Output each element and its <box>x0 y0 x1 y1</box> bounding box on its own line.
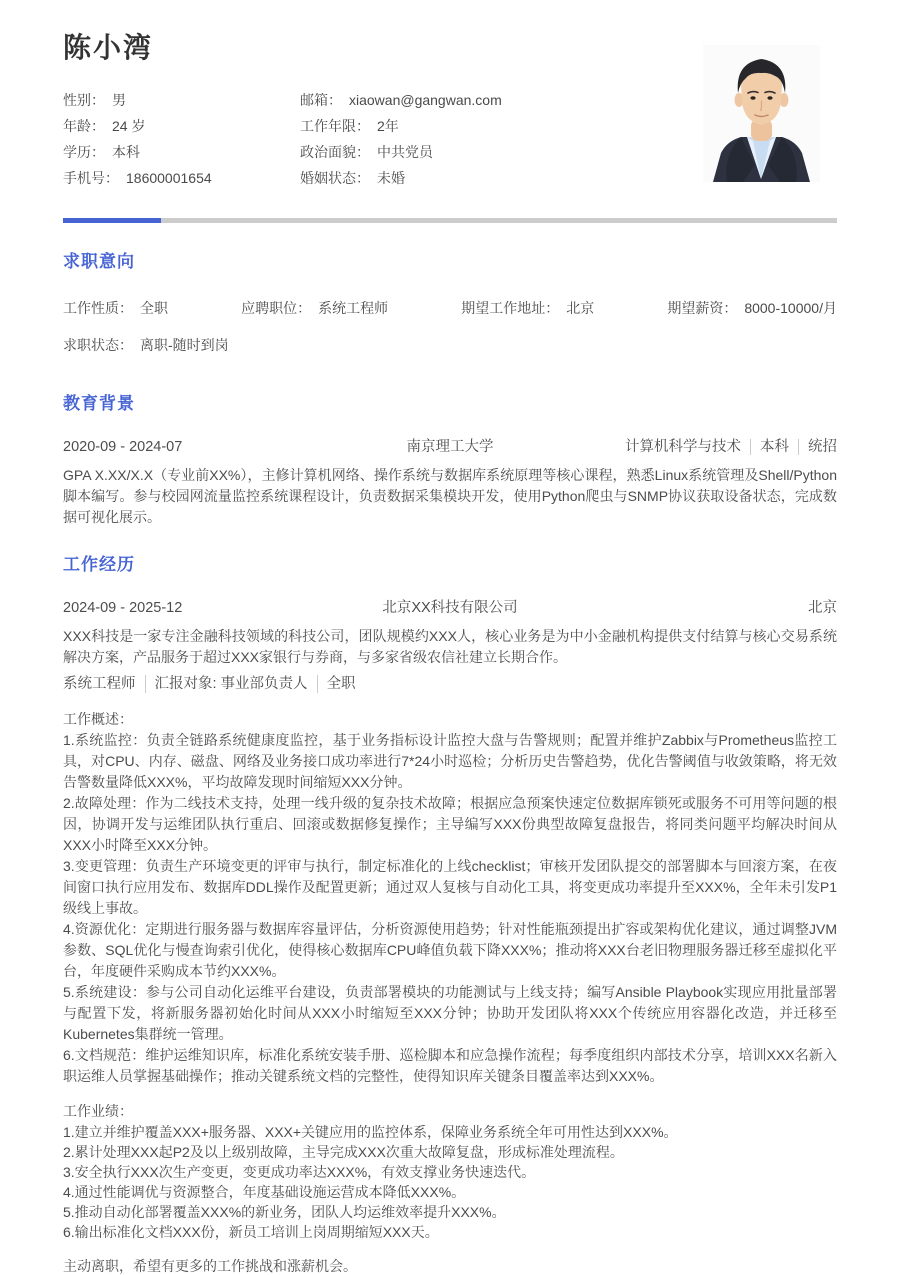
field-target-location-label: 期望工作地址： <box>461 300 559 316</box>
field-target-position-label: 应聘职位： <box>241 300 311 316</box>
field-job-status: 求职状态： 离职-随时到岗 <box>63 337 229 353</box>
company-intro: XXX科技是一家专注金融科技领域的科技公司，团队规模约XXX人，核心业务是为中小… <box>63 626 837 668</box>
work-employment-type: 全职 <box>317 675 365 693</box>
info-phone-label: 手机号： <box>63 165 119 191</box>
info-age: 年龄： 24 岁 <box>63 113 300 139</box>
info-degree: 学历： 本科 <box>63 139 300 165</box>
info-age-label: 年龄： <box>63 113 105 139</box>
info-political-status: 政治面貌： 中共党员 <box>300 139 623 165</box>
info-marital-status-label: 婚姻状态： <box>300 165 370 191</box>
work-achievement-item: 1.建立并维护覆盖XXX+服务器、XXX+关键应用的监控体系，保障业务系统全年可… <box>63 1122 837 1142</box>
info-age-value: 24 岁 <box>112 113 145 139</box>
work-overview-item: 3.变更管理：负责生产环境变更的评审与执行，制定标准化的上线checklist；… <box>63 856 837 919</box>
work-role: 系统工程师 <box>63 675 145 693</box>
info-marital-status-value: 未婚 <box>377 165 405 191</box>
info-political-status-label: 政治面貌： <box>300 139 370 165</box>
field-target-location-value: 北京 <box>566 300 594 316</box>
info-gender-value: 男 <box>112 87 126 113</box>
education-major: 计算机科学与技术 <box>625 439 750 455</box>
work-overview-item: 5.系统建设：参与公司自动化运维平台建设，负责部署模块的功能测试与上线支持；编写… <box>63 982 837 1045</box>
work-overview-item: 2.故障处理：作为二线技术支持，处理一线升级的复杂技术故障；根据应急预案快速定位… <box>63 793 837 856</box>
work-role-line: 系统工程师汇报对象: 事业部负责人全职 <box>63 675 837 693</box>
section-title-work-experience: 工作经历 <box>63 555 837 575</box>
work-achievement-item: 6.输出标准化文档XXX份，新员工培训上岗周期缩短XXX天。 <box>63 1222 837 1242</box>
info-email-value: xiaowan@gangwan.com <box>349 87 502 113</box>
personal-info: 性别： 男 年龄： 24 岁 学历： 本科 手机号： 18600001654 邮… <box>63 87 623 191</box>
info-gender: 性别： 男 <box>63 87 300 113</box>
work-company: 北京XX科技有限公司 <box>382 599 517 617</box>
education-degree: 本科 <box>750 439 798 455</box>
education-enrollment: 统招 <box>798 439 837 455</box>
field-expected-salary: 期望薪资： 8000-10000/月 <box>667 300 837 316</box>
field-job-type-label: 工作性质： <box>63 300 133 316</box>
info-gender-label: 性别： <box>63 87 105 113</box>
info-experience-years-value: 2年 <box>377 113 399 139</box>
field-job-type-value: 全职 <box>140 300 168 316</box>
info-experience-years-label: 工作年限： <box>300 113 370 139</box>
divider-gray-segment <box>161 218 837 223</box>
work-report-to: 汇报对象: 事业部负责人 <box>145 675 317 693</box>
info-marital-status: 婚姻状态： 未婚 <box>300 165 623 191</box>
section-divider <box>63 218 837 223</box>
info-email: 邮箱： xiaowan@gangwan.com <box>300 87 623 113</box>
section-title-job-intent: 求职意向 <box>63 252 837 272</box>
job-intent-fields-row: 工作性质： 全职 应聘职位： 系统工程师 期望工作地址： 北京 期望薪资： 80… <box>63 300 837 316</box>
info-experience-years: 工作年限： 2年 <box>300 113 623 139</box>
work-achievement-item: 4.通过性能调优与资源整合，年度基础设施运营成本降低XXX%。 <box>63 1182 837 1202</box>
job-intent-status-row: 求职状态： 离职-随时到岗 <box>63 337 837 353</box>
leave-reason: 主动离职，希望有更多的工作挑战和涨薪机会。 <box>63 1256 837 1275</box>
resume-page: 陈小湾 性别： 男 年龄： 24 岁 学历： 本科 手机号： 186000016… <box>0 0 900 1275</box>
work-achievement-item: 3.安全执行XXX次生产变更，变更成功率达XXX%，有效支撑业务快速迭代。 <box>63 1162 837 1182</box>
work-achievement-item: 2.累计处理XXX起P2及以上级别故障，主导完成XXX次重大故障复盘，形成标准处… <box>63 1142 837 1162</box>
work-overview-list: 1.系统监控：负责全链路系统健康度监控，基于业务指标设计监控大盘与告警规则；配置… <box>63 730 837 1087</box>
work-overview-title: 工作概述： <box>63 709 837 730</box>
education-period: 2020-09 - 2024-07 <box>63 438 407 456</box>
profile-photo-illustration <box>703 45 820 182</box>
field-target-location: 期望工作地址： 北京 <box>461 300 594 316</box>
field-job-status-label: 求职状态： <box>63 337 133 353</box>
info-degree-label: 学历： <box>63 139 105 165</box>
work-achievement-item: 5.推动自动化部署覆盖XXX%的新业务，团队人均运维效率提升XXX%。 <box>63 1202 837 1222</box>
field-expected-salary-value: 8000-10000/月 <box>744 300 837 316</box>
education-details: 计算机科学与技术本科统招 <box>494 438 838 456</box>
info-degree-value: 本科 <box>112 139 140 165</box>
personal-info-left-column: 性别： 男 年龄： 24 岁 学历： 本科 手机号： 18600001654 <box>63 87 300 191</box>
work-achievements-title: 工作业绩： <box>63 1101 837 1122</box>
field-job-status-value: 离职-随时到岗 <box>140 337 229 353</box>
personal-info-right-column: 邮箱： xiaowan@gangwan.com 工作年限： 2年 政治面貌： 中… <box>300 87 623 191</box>
work-overview-item: 4.资源优化：定期进行服务器与数据库容量评估，分析资源使用趋势；针对性能瓶颈提出… <box>63 919 837 982</box>
field-expected-salary-label: 期望薪资： <box>667 300 737 316</box>
field-job-type: 工作性质： 全职 <box>63 300 168 316</box>
info-political-status-value: 中共党员 <box>377 139 433 165</box>
education-header-row: 2020-09 - 2024-07 南京理工大学 计算机科学与技术本科统招 <box>63 438 837 456</box>
divider-accent-segment <box>63 218 161 223</box>
work-overview-item: 1.系统监控：负责全链路系统健康度监控，基于业务指标设计监控大盘与告警规则；配置… <box>63 730 837 793</box>
work-location: 北京 <box>518 599 837 617</box>
work-overview-item: 6.文档规范：维护运维知识库，标准化系统安装手册、巡检脚本和应急操作流程；每季度… <box>63 1045 837 1087</box>
education-description: GPA X.XX/X.X（专业前XX%），主修计算机网络、操作系统与数据库系统原… <box>63 465 837 528</box>
work-period: 2024-09 - 2025-12 <box>63 599 382 617</box>
field-target-position: 应聘职位： 系统工程师 <box>241 300 388 316</box>
info-phone-value: 18600001654 <box>126 165 212 191</box>
info-email-label: 邮箱： <box>300 87 342 113</box>
profile-photo <box>703 45 820 182</box>
work-achievements-list: 1.建立并维护覆盖XXX+服务器、XXX+关键应用的监控体系，保障业务系统全年可… <box>63 1122 837 1242</box>
field-target-position-value: 系统工程师 <box>318 300 388 316</box>
work-header-row: 2024-09 - 2025-12 北京XX科技有限公司 北京 <box>63 599 837 617</box>
section-title-education: 教育背景 <box>63 394 837 414</box>
education-school: 南京理工大学 <box>407 438 494 456</box>
info-phone: 手机号： 18600001654 <box>63 165 300 191</box>
